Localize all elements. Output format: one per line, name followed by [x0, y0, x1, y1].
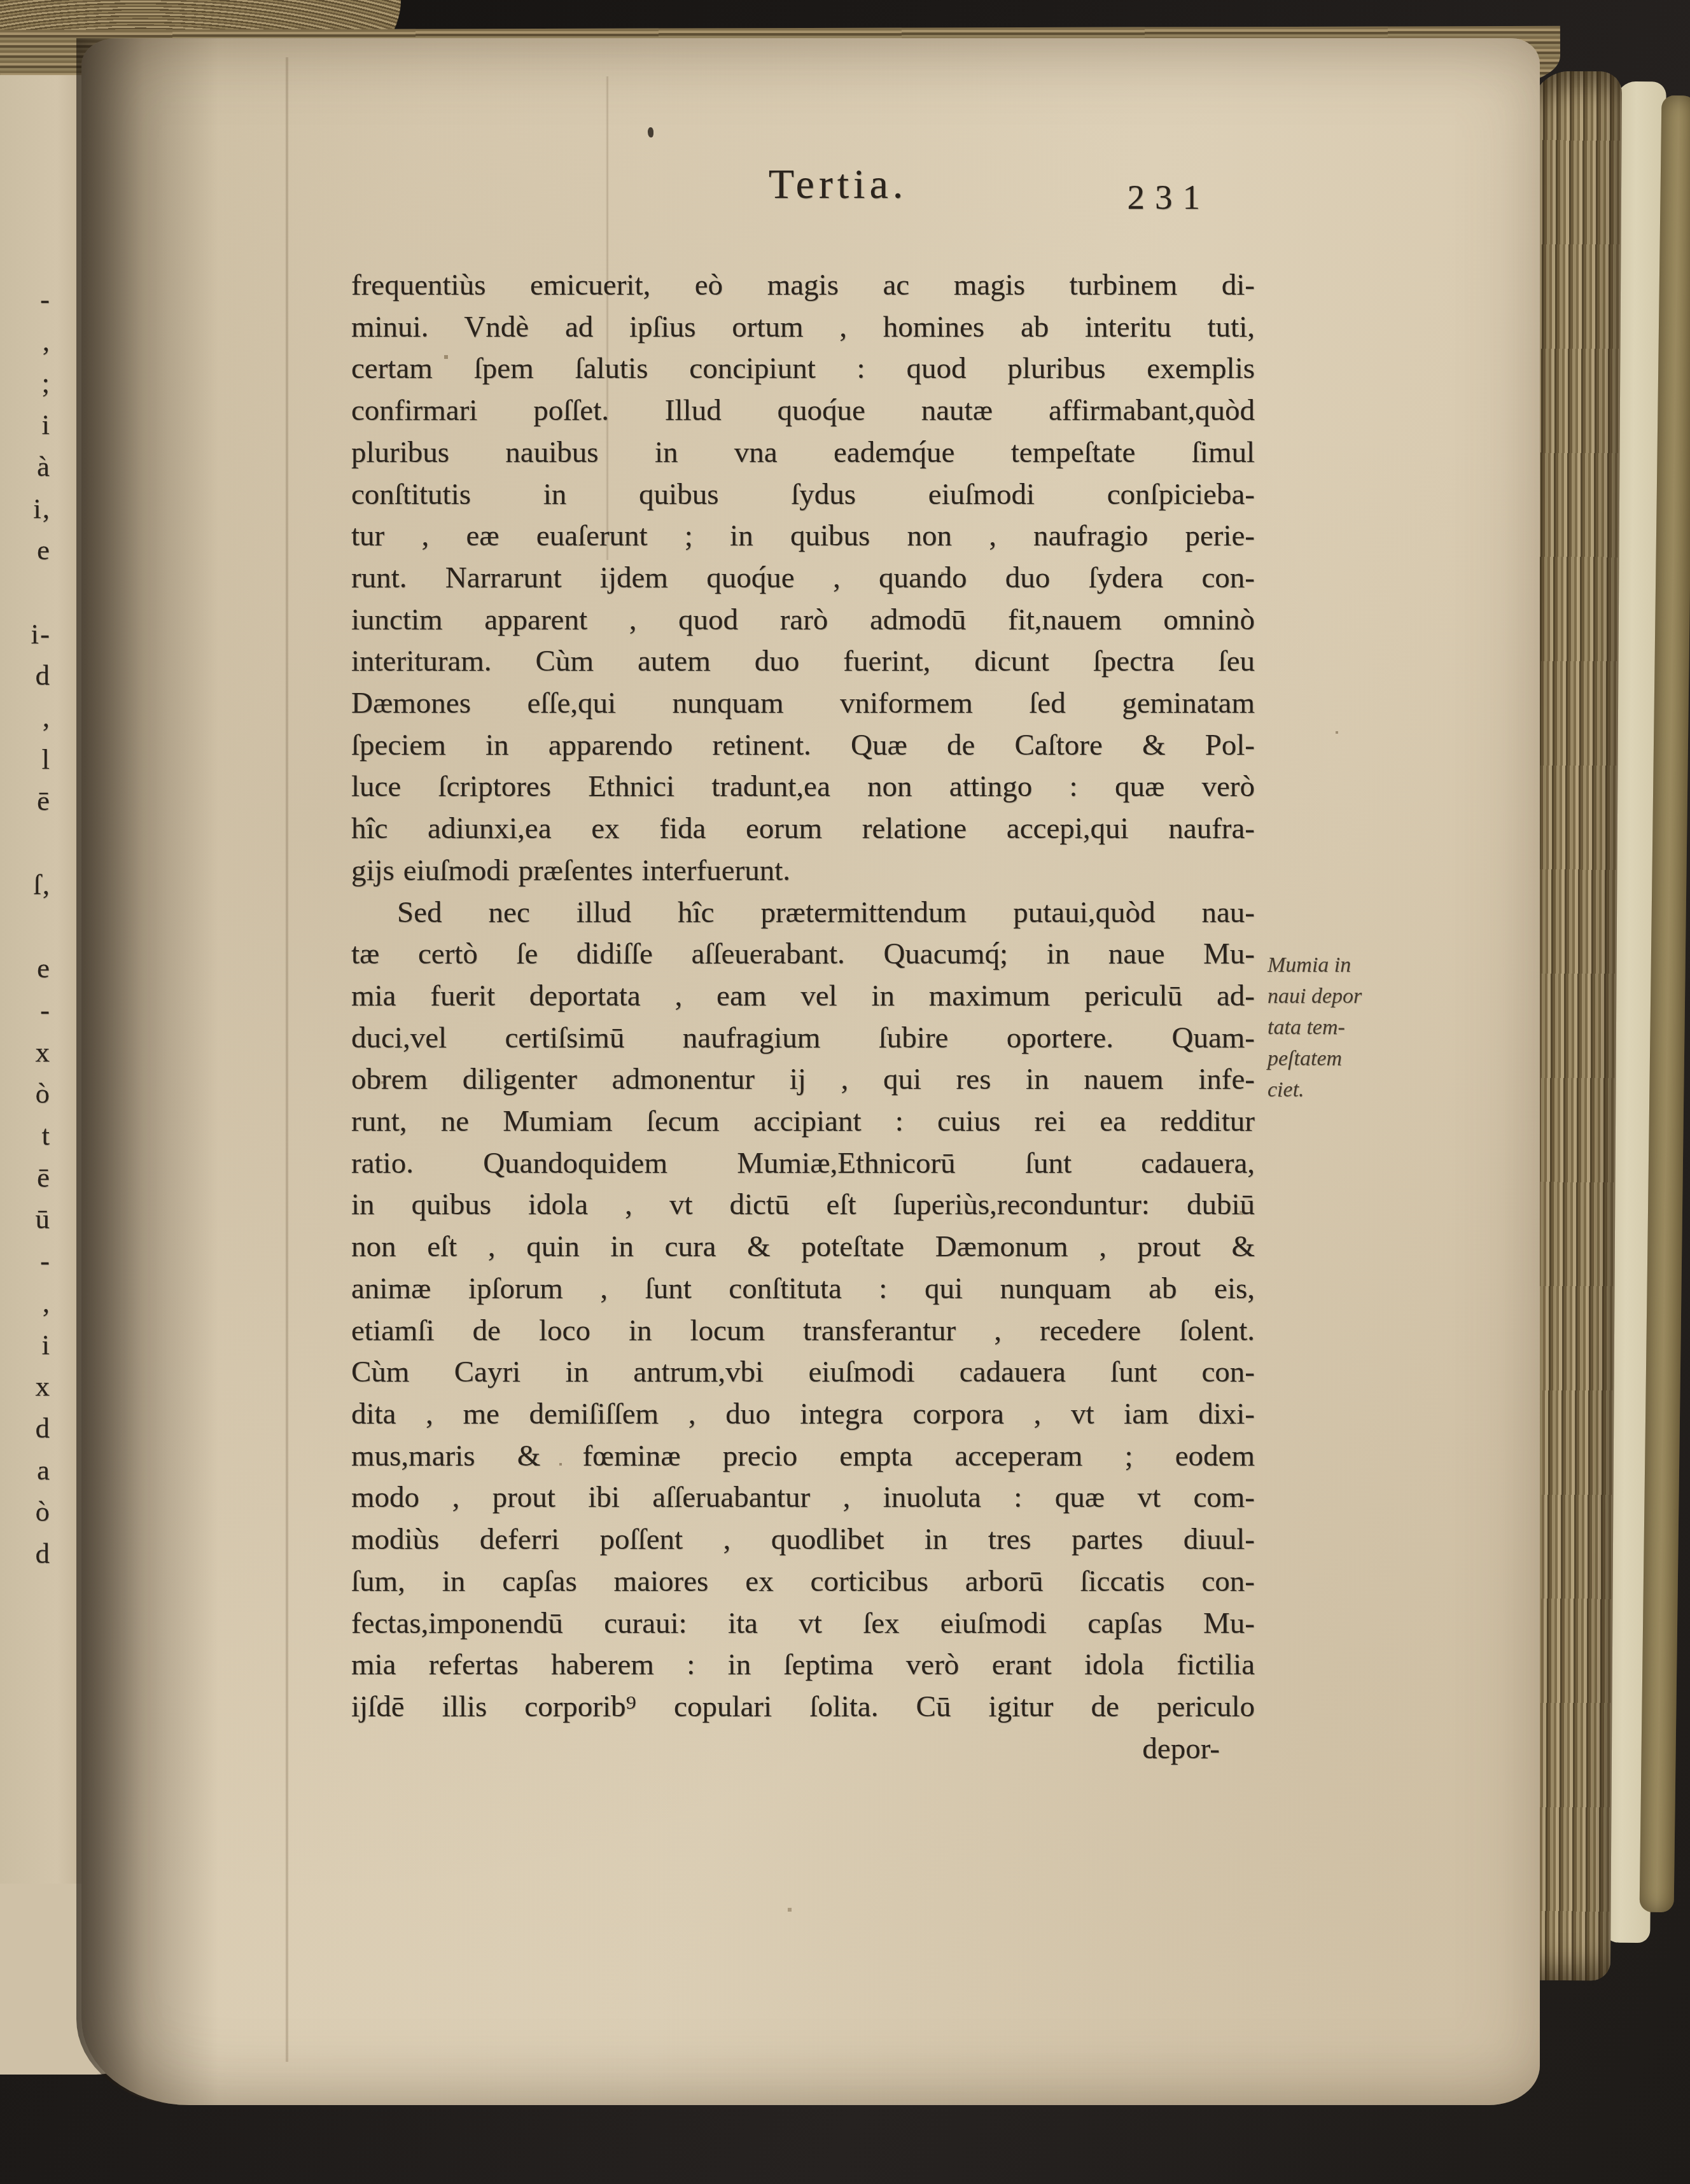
- body-line: duci,vel certiſsimū naufragium ſubire op…: [351, 1018, 1255, 1060]
- fragment-glyph: [1, 1700, 51, 1742]
- fragment-glyph: [1, 1617, 51, 1659]
- fragment-glyph: [1, 1575, 51, 1617]
- body-line: tæ certò ſe didiſſe aſſeuerabant. Quacum…: [351, 934, 1255, 976]
- fragment-glyph: [1, 571, 51, 613]
- fragment-glyph: i: [1, 404, 51, 446]
- body-line: etiamſi de loco in locum transferantur ,…: [351, 1310, 1255, 1352]
- body-line: non eſt , quin in cura & poteſtate Dæmon…: [351, 1226, 1255, 1268]
- facing-page-text-fragments: -,;iài,e i-d,lē ſ, e-xòtēū-,ixdaòd: [1, 279, 51, 1784]
- body-line: frequentiùs emicuerit, eò magis ac magis…: [351, 265, 1255, 307]
- fragment-glyph: ſ,: [1, 864, 51, 906]
- fragment-glyph: [1, 822, 51, 864]
- fragment-glyph: ò: [1, 1491, 51, 1533]
- fragment-glyph: ,: [1, 321, 51, 363]
- paper-crease: [285, 57, 289, 2062]
- fragment-glyph: ,: [1, 697, 51, 739]
- body-line: Dæmones eſſe,qui nunquam vniformem ſed g…: [351, 683, 1255, 725]
- body-line: modiùs deferri poſſent , quodlibet in tr…: [351, 1519, 1255, 1561]
- body-line: runt, ne Mumiam ſecum accipiant : cuius …: [351, 1101, 1255, 1143]
- fragment-glyph: i: [1, 1324, 51, 1366]
- body-line: fectas,imponendū curaui: ita vt ſex eiuſ…: [351, 1603, 1255, 1645]
- body-line: hîc adiunxi,ea ex fida eorum relatione a…: [351, 808, 1255, 850]
- body-line: gijs eiuſmodi præſentes interfuerunt.: [351, 850, 1255, 892]
- fragment-glyph: [1, 906, 51, 948]
- body-line: ſum, in capſas maiores ex corticibus arb…: [351, 1561, 1255, 1603]
- running-title: Tertia.: [769, 160, 907, 209]
- fragment-glyph: [1, 1658, 51, 1700]
- fragment-glyph: e: [1, 948, 51, 990]
- body-line: mia fuerit deportata , eam vel in maximu…: [351, 976, 1255, 1018]
- fragment-glyph: -: [1, 279, 51, 321]
- text-column: Tertia. 231 frequentiùs emicuerit, eò ma…: [351, 160, 1255, 1770]
- fragment-glyph: i-: [1, 613, 51, 655]
- fragment-glyph: ò: [1, 1073, 51, 1115]
- body-line: ratio. Quandoquidem Mumiæ,Ethnicorū ſunt…: [351, 1143, 1255, 1185]
- body-line: interituram. Cùm autem duo fuerint, dicu…: [351, 641, 1255, 683]
- body-line: animæ ipſorum , ſunt conſtituta : qui nu…: [351, 1268, 1255, 1310]
- fragment-glyph: -: [1, 990, 51, 1032]
- scanned-book-page: { "header": { "title": "Tertia.", "page_…: [0, 0, 1690, 2184]
- fragment-glyph: ē: [1, 780, 51, 822]
- fragment-glyph: x: [1, 1032, 51, 1074]
- margin-note-line: peſtatem: [1267, 1043, 1465, 1074]
- fragment-glyph: x: [1, 1366, 51, 1408]
- body-line: ſpeciem in apparendo retinent. Quæ de Ca…: [351, 725, 1255, 767]
- fragment-glyph: l: [1, 739, 51, 781]
- running-head: Tertia. 231: [351, 160, 1255, 242]
- body-line: modo , prout ibi aſſeruabantur , inuolut…: [351, 1477, 1255, 1519]
- margin-note: Mumia innaui deportata tem-peſtatemciet.: [1267, 949, 1465, 1105]
- fragment-glyph: ē: [1, 1157, 51, 1199]
- body-line: confirmari poſſet. Illud quoq́ue nautæ a…: [351, 390, 1255, 432]
- body-line: ijſdē illis corporib⁹ copulari ſolita. C…: [351, 1686, 1255, 1728]
- fragment-glyph: -: [1, 1240, 51, 1282]
- fragment-glyph: [1, 1742, 51, 1784]
- body-text: frequentiùs emicuerit, eò magis ac magis…: [351, 265, 1255, 1770]
- fragment-glyph: ,: [1, 1282, 51, 1324]
- fragment-glyph: e: [1, 529, 51, 571]
- body-line: mus,maris & fœminæ precio empta accepera…: [351, 1436, 1255, 1478]
- body-line: conſtitutis in quibus ſydus eiuſmodi con…: [351, 474, 1255, 516]
- body-line: Sed nec illud hîc prætermittendum putaui…: [351, 892, 1255, 934]
- body-line: pluribus nauibus in vna eademq́ue tempeſ…: [351, 432, 1255, 474]
- margin-note-line: naui depor: [1267, 981, 1465, 1012]
- body-line: luce ſcriptores Ethnici tradunt,ea non a…: [351, 766, 1255, 808]
- dust-specks: [0, 0, 1, 1]
- body-line: iunctim apparent , quod rarò admodū fit,…: [351, 599, 1255, 641]
- page-number: 231: [1128, 177, 1211, 217]
- fragment-glyph: a: [1, 1450, 51, 1492]
- fragment-glyph: d: [1, 1408, 51, 1450]
- body-line: minui. Vndè ad ipſius ortum , homines ab…: [351, 307, 1255, 349]
- margin-note-line: tata tem-: [1267, 1012, 1465, 1043]
- ink-speck: [648, 127, 653, 137]
- body-line: in quibus idola , vt dictū eſt ſuperiùs,…: [351, 1184, 1255, 1226]
- catchword: depor-: [351, 1728, 1255, 1770]
- fragment-glyph: t: [1, 1115, 51, 1157]
- fragment-glyph: à: [1, 446, 51, 488]
- body-line: tur , eæ euaſerunt ; in quibus non , nau…: [351, 515, 1255, 557]
- fragment-glyph: i,: [1, 488, 51, 530]
- fragment-glyph: ū: [1, 1198, 51, 1240]
- fragment-glyph: ;: [1, 362, 51, 404]
- body-line: Cùm Cayri in antrum,vbi eiuſmodi cadauer…: [351, 1352, 1255, 1394]
- margin-note-line: Mumia in: [1267, 949, 1465, 981]
- fragment-glyph: d: [1, 655, 51, 697]
- body-line: obrem diligenter admonentur ij , qui res…: [351, 1059, 1255, 1101]
- body-line: mia refertas haberem : in ſeptima verò e…: [351, 1644, 1255, 1686]
- body-line: runt. Narrarunt ijdem quoq́ue , quando d…: [351, 557, 1255, 599]
- margin-note-line: ciet.: [1267, 1074, 1465, 1105]
- body-line: dita , me demiſiſſem , duo integra corpo…: [351, 1394, 1255, 1436]
- fragment-glyph: d: [1, 1533, 51, 1575]
- body-line: certam ſpem ſalutis concipiunt : quod pl…: [351, 348, 1255, 390]
